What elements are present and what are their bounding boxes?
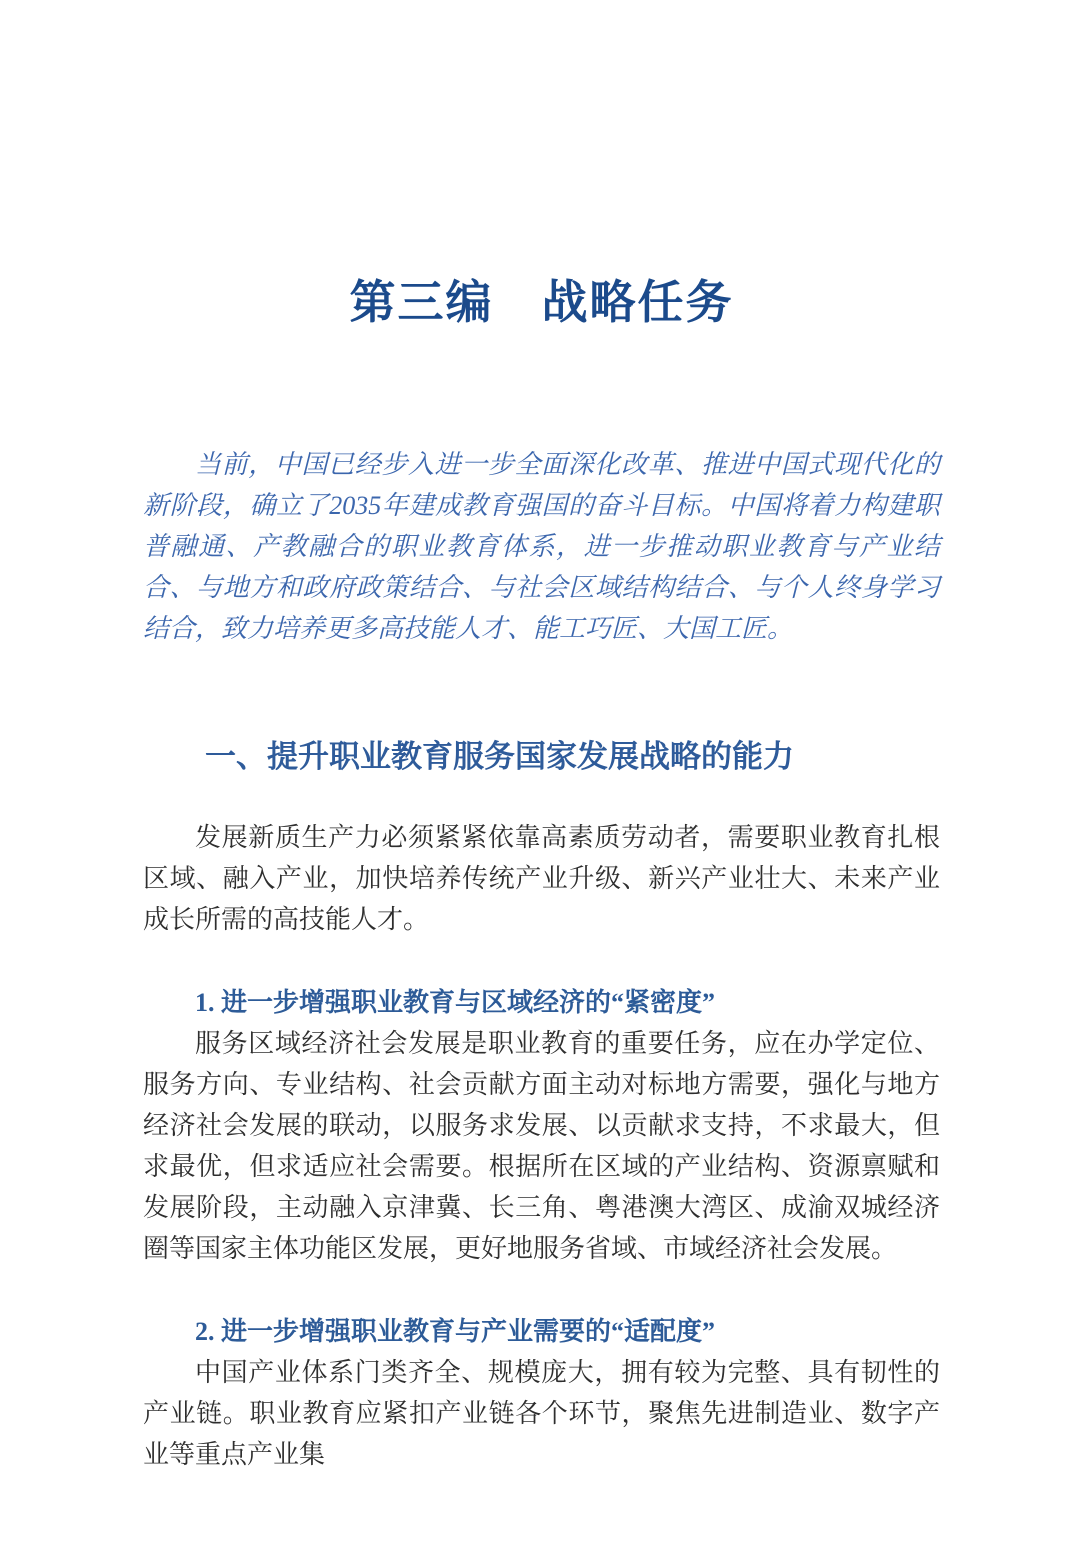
- subsection-heading-1: 1. 进一步增强职业教育与区域经济的“紧密度”: [143, 982, 940, 1023]
- subsection-body-1: 服务区域经济社会发展是职业教育的重要任务，应在办学定位、服务方向、专业结构、社会…: [143, 1023, 940, 1269]
- document-page: 第三编 战略任务 当前，中国已经步入进一步全面深化改革、推进中国式现代化的新阶段…: [0, 0, 1080, 1561]
- intro-paragraph: 当前，中国已经步入进一步全面深化改革、推进中国式现代化的新阶段，确立了2035年…: [143, 444, 940, 649]
- page-title: 第三编 战略任务: [143, 275, 940, 330]
- page-content: 第三编 战略任务 当前，中国已经步入进一步全面深化改革、推进中国式现代化的新阶段…: [0, 275, 1080, 1475]
- section-heading: 一、提升职业教育服务国家发展战略的能力: [143, 734, 940, 779]
- section-lead-paragraph: 发展新质生产力必须紧紧依靠高素质劳动者，需要职业教育扎根区域、融入产业，加快培养…: [143, 817, 940, 940]
- subsection-body-2: 中国产业体系门类齐全、规模庞大，拥有较为完整、具有韧性的产业链。职业教育应紧扣产…: [143, 1352, 940, 1475]
- subsection-heading-2: 2. 进一步增强职业教育与产业需要的“适配度”: [143, 1311, 940, 1352]
